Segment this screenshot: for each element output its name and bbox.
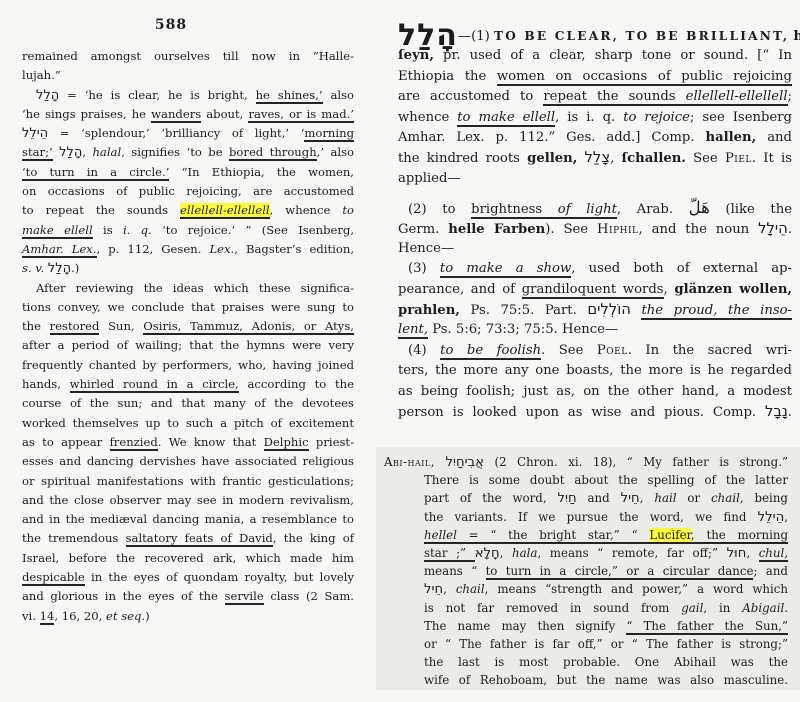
text-line: star;’ הָלַל, halal, signifies ‘to be bo… [22, 143, 354, 162]
text-line: hellel = “ the bright star,” “ Lucifer, … [384, 526, 788, 544]
underlined-text: hellel [424, 528, 457, 544]
text-line: Israel, before the recovered ark, which … [22, 549, 354, 568]
text-segment: the tremendous [22, 531, 126, 545]
text-line: are accustomed to repeat the sounds elle… [398, 87, 792, 107]
underlined-text: star;’ [22, 145, 53, 161]
underlined-text: grandiloquent words [522, 282, 664, 299]
text-segment: ,’ also [317, 145, 354, 159]
text-segment: After reviewing the ideas which these si… [36, 281, 354, 295]
text-segment: or “ The father is far off,” or “ The fa… [424, 637, 788, 651]
text-segment: worked themselves up to such a pitch of … [22, 416, 354, 430]
text-segment: . See [541, 343, 597, 358]
text-line: applied— [398, 169, 792, 189]
text-line: Ethiopia the women on occasions of publi… [398, 67, 792, 87]
right-column: הָלַל—(1) TO BE CLEAR, TO BE BRILLIANT, … [398, 26, 792, 422]
hebrew-text: הָלַל [36, 88, 59, 103]
text-segment: ; and [753, 564, 788, 578]
text-segment: ) [145, 609, 150, 623]
text-segment [631, 303, 642, 318]
text-line: s. v. הָלַל.) [22, 259, 354, 278]
text-line: ‘he sings praises, he wanders about, rav… [22, 105, 354, 124]
text-line: as being foolish; just as, on the other … [398, 382, 792, 402]
text-segment: . In the sacred wri- [628, 343, 792, 358]
text-line: despicable in the eyes of quondam royalt… [22, 568, 354, 587]
text-line: the last is most probable. One Abihail w… [384, 653, 788, 671]
hebrew-text: חֵיל [424, 582, 443, 597]
underlined-text: morning [304, 126, 354, 142]
text-segment: , signifies ‘to be [121, 145, 229, 159]
text-segment: and [756, 130, 792, 145]
text-segment: hell [794, 29, 800, 44]
text-segment: ). See [545, 222, 597, 237]
underlined-text: Amhar. Lex. [22, 242, 97, 258]
text-segment: Hence— [398, 241, 454, 256]
text-segment: frequently chanted by performers, who, h… [22, 358, 354, 372]
text-segment: TO BE CLEAR, TO BE BRILLIANT, [494, 29, 789, 43]
text-line: Hence— [398, 239, 792, 259]
text-segment: , [640, 491, 655, 505]
text-segment: , being [740, 491, 788, 505]
text-segment: et seq. [106, 609, 145, 623]
text-segment: Germ. [398, 222, 448, 237]
text-line: Germ. helle Farben). See Hiphil, and the… [398, 219, 792, 239]
text-segment: , and the noun [639, 222, 759, 237]
hebrew-text: צָלַל [585, 149, 611, 166]
text-segment: . [788, 405, 792, 420]
text-segment: , whence [270, 203, 343, 217]
text-segment: (2) to [408, 202, 471, 217]
text-segment: , Arab. [617, 202, 689, 217]
text-line: ſeyn, pr. used of a clear, sharp tone or… [398, 46, 792, 66]
text-segment: ſeyn, [398, 48, 434, 63]
text-line: Abi-hail, אֲבִיחַיִל (2 Chron. xi. 18), … [384, 453, 788, 471]
text-segment: Sun, [99, 319, 143, 333]
text-segment: hala [512, 546, 537, 560]
text-segment: also [323, 88, 354, 102]
underlined-text: servile [225, 589, 264, 605]
text-segment: s. v. [22, 261, 44, 275]
text-segment: Israel, before the recovered ark, which … [22, 551, 354, 565]
text-segment: is not far removed in sound from [424, 601, 681, 615]
text-line: person is looked upon as wise and pious.… [398, 402, 792, 422]
text-line: star ;” חָלָא, hala, means “ remote, far… [384, 544, 788, 562]
text-line: (3) to make a show, used both of externa… [398, 259, 792, 279]
text-segment: chail [456, 582, 485, 596]
text-line: חֵיל, chail, means “strength and power,”… [384, 580, 788, 598]
text-line: There is some doubt about the spelling o… [384, 471, 788, 489]
text-segment: applied— [398, 171, 461, 186]
text-segment: vi. [22, 609, 40, 623]
text-segment: ‘he sings praises, he [22, 107, 151, 121]
underlined-text: to turn in a circle,” or a circular danc… [486, 564, 754, 580]
hebrew-text: הוֹלְלִים [587, 301, 631, 318]
underlined-text: he shines,’ [256, 88, 323, 104]
arabic-text: هَلّ [689, 198, 710, 217]
text-segment: . [788, 222, 792, 237]
text-segment: Hiphil [597, 222, 639, 237]
text-segment: hallen, [706, 130, 757, 145]
text-segment: = ‘splendour,’ ‘brilliancy of light,’ ‘ [48, 126, 304, 140]
text-segment: to [342, 203, 354, 217]
text-segment: or spiritual manifestations with frantic… [22, 474, 354, 488]
text-segment: . It is [752, 151, 792, 166]
text-segment: Ps. 5:6; 73:3; 75:5. Hence— [428, 322, 618, 337]
text-line: to repeat the sounds ellellell-ellellell… [22, 201, 354, 220]
text-segment: in the eyes of quondam royalty, but love… [85, 570, 354, 584]
text-segment: , used both of external ap- [571, 261, 792, 276]
underlined-text: Osiris, Tammuz, Adonis, or Atys, [143, 319, 354, 335]
text-segment: , is i. q. [555, 110, 623, 125]
text-segment: lujah.” [22, 68, 61, 82]
text-segment: chail [711, 491, 740, 505]
text-line: הֵילֵל = ‘splendour,’ ‘brilliancy of lig… [22, 124, 354, 143]
text-segment: and glorious in the eyes of the [22, 589, 225, 603]
text-line: or “ The father is far off,” or “ The fa… [384, 635, 788, 653]
text-line: on occasions of public rejoicing, are ac… [22, 182, 354, 201]
text-line: part of the word, חַיִל and חֵיל, hail o… [384, 489, 788, 507]
text-segment: ters, the more any one boasts, the more … [398, 363, 792, 378]
underlined-text: to make a show [440, 261, 571, 278]
text-segment: (2 Chron. xi. 18), “ My father is strong… [484, 455, 788, 469]
underlined-text: raves, or is mad.’ [248, 107, 354, 123]
text-line: tions convey, we conclude that praises w… [22, 298, 354, 317]
text-segment: according to the [239, 377, 354, 391]
text-segment: , [610, 151, 621, 166]
text-line: means “ to turn in a circle,” or a circu… [384, 562, 788, 580]
underlined-text: make ellell [22, 223, 93, 239]
underlined-text: women on occasions of public rejoicing [497, 69, 792, 86]
text-segment: The name may then signify [424, 619, 626, 633]
text-line: pearance, and of grandiloquent words, gl… [398, 280, 792, 300]
underlined-text: the proud, the inso- [641, 303, 792, 320]
text-segment: gail [681, 601, 703, 615]
hebrew-text: הֵילֵל [22, 126, 48, 141]
underlined-text: repeat the sounds [543, 89, 685, 106]
text-segment: are accustomed to [398, 89, 543, 104]
text-line: (2) to brightness of light, Arab. هَلّ (… [398, 198, 792, 218]
hebrew-text: הָלַל [59, 145, 82, 160]
underlined-text: brightness [471, 202, 558, 219]
text-line: ters, the more any one boasts, the more … [398, 361, 792, 381]
underlined-text: of light [558, 202, 617, 219]
text-segment: the [22, 319, 50, 333]
text-segment: , Bagster’s edition, [234, 242, 354, 256]
text-line: as to appear frenzied. We know that Delp… [22, 433, 354, 452]
text-line: vi. 14, 16, 20, et seq.) [22, 607, 354, 626]
text-segment: , [443, 582, 456, 596]
text-segment: the kindred roots [398, 151, 527, 166]
text-line: The name may then signify “ The father t… [384, 617, 788, 635]
underlined-text: , the morning [691, 528, 788, 544]
hebrew-text: נָבָל [765, 403, 788, 420]
text-line: whence to make ellell, is i. q. to rejoi… [398, 108, 792, 128]
text-segment: person is looked upon as wise and pious.… [398, 405, 765, 420]
highlighted-text: Lucifer [649, 528, 691, 544]
text-line: Amhar. Lex., p. 112, Gesen. Lex., Bagste… [22, 240, 354, 259]
text-segment: (like the [710, 202, 792, 217]
text-line: and the close observer may see in modern… [22, 491, 354, 510]
highlighted-text: ellellell-ellellell [180, 203, 270, 219]
hebrew-text: חֵיל [621, 491, 640, 506]
text-line: prahlen, Ps. 75:5. Part. הוֹלְלִים the p… [398, 300, 792, 320]
text-segment: and [577, 491, 621, 505]
underlined-text: ‘to turn in a circle.’ [22, 165, 169, 181]
text-segment: on occasions of public rejoicing, are ac… [22, 184, 354, 198]
underlined-text: to be foolish [440, 343, 541, 360]
scanned-lexicon-page: 588 remained amongst ourselves till now … [0, 0, 800, 702]
text-segment: esses and dancing dervishes have associa… [22, 454, 354, 468]
text-segment: , p. 112, Gesen. [97, 242, 210, 256]
text-line: and in the mediæval dancing mania, a res… [22, 510, 354, 529]
text-segment: the last is most probable. One Abihail w… [424, 655, 788, 669]
text-line: make ellell is i. q. ‘to rejoice.’ ” (Se… [22, 221, 354, 240]
hebrew-text: הֵילָל [758, 220, 788, 237]
underlined-text: Delphic [264, 435, 309, 451]
text-segment: Abi-hail, [384, 455, 435, 469]
text-segment: i. q. [123, 223, 152, 237]
text-segment: course of the sun; and that many of the … [22, 396, 354, 410]
text-segment: as to appear [22, 435, 110, 449]
text-line: lujah.” [22, 66, 354, 85]
text-segment: class (2 Sam. [264, 589, 354, 603]
text-line: after a period of wailing; that the hymn… [22, 336, 354, 355]
text-segment: hail [654, 491, 676, 505]
text-segment: the variants. If we pursue the word, we … [424, 510, 758, 524]
left-column: remained amongst ourselves till now in “… [22, 47, 354, 626]
underlined-text: chul, [759, 546, 788, 562]
text-line: lent, Ps. 5:6; 73:3; 75:5. Hence— [398, 320, 792, 340]
text-segment: Amhar. Lex. p. 112.” Ges. add.] Comp. [398, 130, 706, 145]
page-number: 588 [146, 17, 196, 33]
text-line: הָלַל—(1) TO BE CLEAR, TO BE BRILLIANT, … [398, 26, 792, 46]
text-segment: pearance, and of [398, 282, 522, 297]
underlined-text: wanders [151, 107, 201, 123]
text-segment: Poel [597, 343, 628, 358]
text-segment: or [677, 491, 712, 505]
text-segment: Lex. [209, 242, 234, 256]
text-segment: glänzen wollen, [674, 282, 792, 297]
text-segment: . We know that [158, 435, 264, 449]
underlined-text: = “ the bright star,” “ [457, 528, 650, 544]
hebrew-text: חוּל [727, 546, 747, 561]
text-segment: , [664, 282, 675, 297]
hebrew-text: אֲבִיחַיִל [446, 455, 485, 470]
text-segment: , [500, 546, 512, 560]
text-segment: pr. used of a clear, sharp tone or sound… [434, 48, 792, 63]
abi-hail-inset-note: Abi-hail, אֲבִיחַיִל (2 Chron. xi. 18), … [376, 447, 800, 690]
text-segment: , means “strength and power,” a word whi… [485, 582, 788, 596]
text-segment: Piel [725, 151, 752, 166]
text-segment: tions convey, we conclude that praises w… [22, 300, 354, 314]
text-segment: See [686, 151, 725, 166]
hebrew-text: הָלַל [48, 261, 71, 276]
underlined-text: despicable [22, 570, 85, 586]
underlined-text: to make ellell [457, 110, 555, 127]
text-segment: priest- [309, 435, 354, 449]
text-segment: , [784, 510, 788, 524]
text-segment: ‘to rejoice.’ ” (See Isenberg, [152, 223, 354, 237]
underlined-text: frenzied [110, 435, 158, 451]
underlined-text: bored through [229, 145, 317, 161]
text-segment: = ‘he is clear, he is bright, [59, 88, 255, 102]
text-line: worked themselves up to such a pitch of … [22, 414, 354, 433]
text-segment: , in [703, 601, 742, 615]
text-segment: Ps. 75:5. Part. [460, 303, 587, 318]
text-line: remained amongst ourselves till now in “… [22, 47, 354, 66]
text-segment [435, 455, 445, 469]
underlined-text: saltatory feats of David [126, 531, 273, 547]
text-line: the restored Sun, Osiris, Tammuz, Adonis… [22, 317, 354, 336]
underlined-text: star ;” [424, 546, 475, 562]
text-segment: after a period of wailing; that the hymn… [22, 338, 354, 352]
text-segment: prahlen, [398, 303, 460, 318]
text-line: Amhar. Lex. p. 112.” Ges. add.] Comp. ha… [398, 128, 792, 148]
text-line: is not far removed in sound from gail, i… [384, 599, 788, 617]
text-segment: halal [92, 145, 121, 159]
text-segment: . [784, 601, 788, 615]
text-segment: ; see Isenberg [690, 110, 792, 125]
underlined-text: restored [50, 319, 100, 335]
text-segment: , means “ remote, far off;” [537, 546, 726, 560]
text-line: After reviewing the ideas which these si… [22, 279, 354, 298]
text-segment: and in the mediæval dancing mania, a res… [22, 512, 354, 526]
text-segment: (3) [408, 261, 440, 276]
text-segment: hands, [22, 377, 70, 391]
text-segment: (4) [408, 343, 440, 358]
underlined-text: “ The father the Sun,” [626, 619, 788, 635]
text-segment [577, 151, 584, 166]
text-line: the tremendous saltatory feats of David,… [22, 529, 354, 548]
text-segment: to rejoice [623, 110, 690, 125]
text-segment: helle Farben [448, 222, 545, 237]
text-line: course of the sun; and that many of the … [22, 394, 354, 413]
text-segment: Ethiopia the [398, 69, 497, 84]
text-segment: , [746, 546, 758, 560]
text-segment: There is some doubt about the spelling o… [424, 473, 788, 487]
text-line: ‘to turn in a circle.’ “In Ethiopia, the… [22, 163, 354, 182]
text-segment: part of the word, [424, 491, 558, 505]
text-segment: —(1) [458, 29, 494, 44]
underlined-text: lent, [398, 322, 428, 339]
text-segment: whence [398, 110, 457, 125]
text-segment: remained amongst ourselves till now in “… [22, 49, 354, 63]
underlined-text: 14 [40, 609, 55, 625]
text-segment: means “ [424, 564, 486, 578]
text-line: הָלַל = ‘he is clear, he is bright, he s… [22, 86, 354, 105]
text-line: the variants. If we pursue the word, we … [384, 508, 788, 526]
hebrew-text: הֵילֵל [758, 510, 785, 525]
text-line: esses and dancing dervishes have associa… [22, 452, 354, 471]
underlined-text: whirled round in a circle, [70, 377, 239, 393]
underlined-text: ellellell-ellellell [686, 89, 788, 106]
text-line: and glorious in the eyes of the servile … [22, 587, 354, 606]
text-segment: ſchallen. [621, 151, 685, 166]
text-segment: ; [788, 89, 792, 104]
text-line: hands, whirled round in a circle, accord… [22, 375, 354, 394]
text-segment: about, [201, 107, 248, 121]
text-segment: to repeat the sounds [22, 203, 180, 217]
text-segment: .) [71, 261, 79, 275]
text-segment: and the close observer may see in modern… [22, 493, 354, 507]
text-segment: wife of Rehoboam, but the name was also … [424, 673, 788, 687]
hebrew-text: חָלָא [475, 546, 500, 561]
text-line: or spiritual manifestations with frantic… [22, 472, 354, 491]
text-line: frequently chanted by performers, who, h… [22, 356, 354, 375]
text-segment: is [93, 223, 123, 237]
text-segment: Abigail [742, 601, 784, 615]
text-segment: as being foolish; just as, on the other … [398, 384, 792, 399]
text-line: wife of Rehoboam, but the name was also … [384, 671, 788, 689]
text-segment: , 16, 20, [54, 609, 106, 623]
text-segment: gellen, [527, 151, 577, 166]
text-segment: “In Ethiopia, the women, [169, 165, 354, 179]
text-segment: , [82, 145, 92, 159]
hebrew-text: חַיִל [558, 491, 577, 506]
text-line: (4) to be foolish. See Poel. In the sacr… [398, 341, 792, 361]
text-line: the kindred roots gellen, צָלַל, ſchalle… [398, 148, 792, 168]
text-segment: , the king of [273, 531, 354, 545]
